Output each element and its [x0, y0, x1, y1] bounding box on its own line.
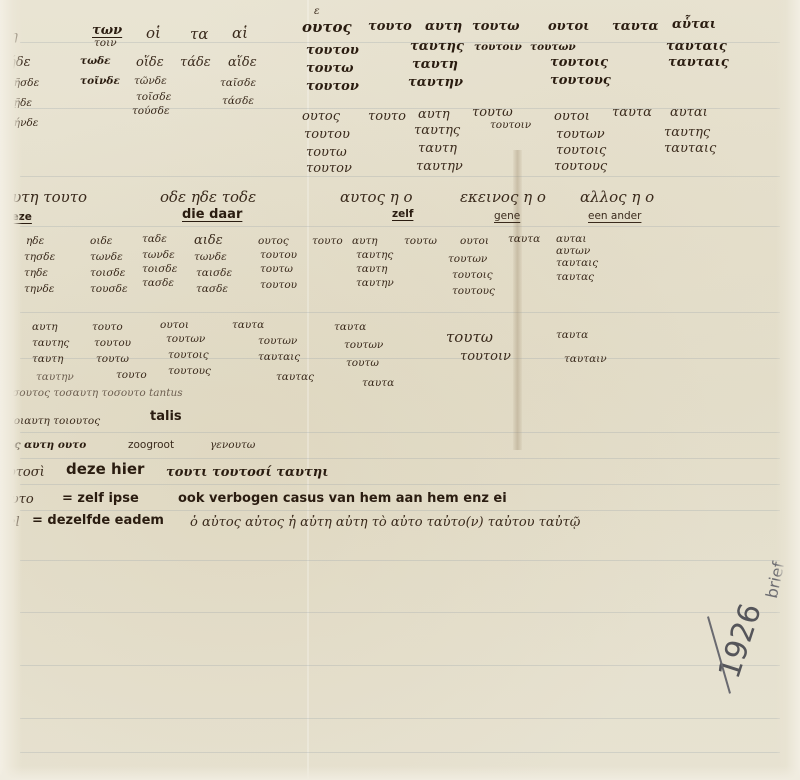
gloss: zelf — [392, 209, 413, 220]
word: ταυτας — [276, 372, 314, 383]
word: τουτοιν — [460, 350, 511, 363]
heading-item: εκεινος η ο — [460, 190, 546, 205]
paper-edge-bottom — [0, 766, 800, 780]
word: τουτου — [304, 128, 350, 141]
word: τουτω — [472, 106, 513, 119]
word: ταυτη — [412, 58, 458, 71]
word: ταδε — [142, 234, 167, 245]
word: ταῖσδε — [220, 78, 256, 89]
word: ουτοι — [554, 110, 590, 123]
word: τουτους — [168, 366, 211, 377]
word: τουτου — [260, 280, 297, 291]
word: ταυτη — [356, 264, 387, 275]
word: αἵδε — [228, 56, 257, 69]
word: ταυταις — [556, 258, 598, 269]
word: ταισδε — [196, 268, 232, 279]
paper-edge-right — [776, 0, 800, 780]
word: τουτω — [346, 358, 379, 369]
ruled-line — [20, 484, 780, 485]
ruled-line — [20, 752, 780, 753]
word: ουτοι — [160, 320, 189, 331]
word: ταυταιν — [564, 354, 607, 365]
word: ταυτης — [410, 40, 464, 53]
word: ουτος — [302, 20, 352, 35]
latin-text: deze hier — [66, 462, 144, 477]
ruled-line — [20, 312, 780, 313]
word: των — [92, 24, 122, 37]
word: τουτοις — [452, 270, 493, 281]
ruled-line — [20, 510, 780, 511]
word: τουτοις — [556, 144, 606, 157]
word: αὗται — [672, 18, 716, 31]
word: αυται — [556, 234, 587, 245]
word: αυτη — [352, 236, 378, 247]
word: τουτοιν — [474, 42, 522, 53]
word: τουτοις — [168, 350, 209, 361]
heading-item: αυτος η ο — [340, 190, 413, 205]
accent-mark: ε — [314, 6, 320, 17]
word: τουτων — [344, 340, 383, 351]
word: αυται — [670, 106, 708, 119]
word: τουτω — [306, 62, 354, 75]
word: ουτος — [258, 236, 289, 247]
word: τουτοιν — [490, 120, 531, 131]
word: τα — [190, 27, 208, 42]
ruled-line — [20, 176, 780, 177]
word: τουτω — [472, 20, 520, 33]
word: τάδε — [180, 56, 211, 69]
word: αιδε — [194, 234, 223, 247]
paper-edge-left — [0, 0, 22, 780]
word: ουτοι — [548, 20, 589, 33]
word: ταυταις — [668, 56, 729, 69]
word: ταυτην — [36, 372, 74, 383]
word: τοῖσδε — [136, 92, 171, 103]
word: τουτους — [554, 160, 607, 173]
ruled-line — [20, 560, 780, 561]
word: τουτων — [556, 128, 605, 141]
word: ταυτα — [556, 330, 588, 341]
word: αυτη — [425, 20, 462, 33]
word: ταυτης — [32, 338, 69, 349]
word: ταυτα — [362, 378, 394, 389]
word: ταυτα — [612, 106, 652, 119]
word: τουτων — [258, 336, 297, 347]
word: ταυτη — [32, 354, 63, 365]
word: ταυτα — [232, 320, 264, 331]
word: οἵδε — [136, 56, 164, 69]
word: τωνδε — [142, 250, 175, 261]
word: ταυταις — [258, 352, 300, 363]
word: τουτου — [94, 338, 131, 349]
greek-text: γενουτω — [210, 440, 255, 451]
word: ταυτην — [416, 160, 463, 173]
ruled-line — [20, 718, 780, 719]
word: τούσδε — [132, 106, 170, 117]
word: ταυτης — [664, 126, 710, 139]
word: αυτη — [418, 108, 450, 121]
latin-text: zoogroot — [128, 440, 174, 451]
word: τασδε — [196, 284, 228, 295]
word: τουτω — [446, 330, 493, 345]
word: τουτω — [96, 354, 129, 365]
word: αἱ — [232, 26, 248, 41]
word: τωνδε — [194, 252, 227, 263]
word: τουτων — [530, 42, 576, 53]
word: τουτων — [448, 254, 487, 265]
gloss: gene — [494, 211, 520, 222]
word: ταυτα — [508, 234, 540, 245]
word: τουτω — [306, 146, 347, 159]
latin-text: talis — [150, 410, 182, 423]
word: αυτη — [32, 322, 58, 333]
word: ταυταις — [664, 142, 716, 155]
latin-text: ook verbogen casus van hem aan hem enz e… — [178, 492, 507, 505]
word: οιδε — [90, 236, 112, 247]
word: τουτοις — [550, 56, 608, 69]
word: τουτον — [306, 80, 359, 93]
word: τουτο — [368, 20, 412, 33]
word: τηνδε — [24, 284, 54, 295]
ruled-line — [20, 458, 780, 459]
word: ταυτης — [414, 124, 460, 137]
word: τουτου — [306, 44, 359, 57]
word: ταυτην — [356, 278, 394, 289]
word: τουτο — [92, 322, 123, 333]
word: τωνδε — [90, 252, 123, 263]
heading-item: αλλος η ο — [580, 190, 654, 205]
word: ταυταις — [666, 40, 727, 53]
word: τοσουτος τοσαυτη τοσουτο tantus — [0, 388, 183, 399]
word: τηδε — [24, 268, 48, 279]
word: τουτο — [312, 236, 343, 247]
word: τουτο — [116, 370, 147, 381]
word: οἱ — [146, 26, 161, 41]
word: τουτον — [306, 162, 352, 175]
word: τουτου — [260, 250, 297, 261]
ruled-line — [20, 432, 780, 433]
word: τασδε — [142, 278, 174, 289]
word: ταυτης — [356, 250, 393, 261]
latin-text: = dezelfde eadem — [32, 514, 164, 527]
word: ταυτα — [334, 322, 366, 333]
ruled-line — [20, 612, 780, 613]
heading-item: οδε ηδε τοδε — [160, 190, 256, 205]
word: ουτος — [302, 110, 340, 123]
word: τουτους — [550, 74, 611, 87]
word: τουτους — [452, 286, 495, 297]
word: τοῖνδε — [80, 76, 120, 87]
word: τουτω — [404, 236, 437, 247]
word: τουτων — [166, 334, 205, 345]
word: τησδε — [24, 252, 55, 263]
word: τωδε — [80, 56, 110, 67]
word: τοιν — [94, 38, 117, 49]
word: ηδε — [26, 236, 44, 247]
word: ταυτας — [556, 272, 594, 283]
word: αυτων — [556, 246, 590, 257]
word: τουτο — [368, 110, 406, 123]
latin-text: = zelf ipse — [62, 492, 139, 505]
word: τῶνδε — [134, 76, 167, 87]
gloss: een ander — [588, 211, 641, 222]
word: ταυτην — [408, 76, 463, 89]
word: τοισδε — [90, 268, 125, 279]
greek-text: τουτι τουτοσί ταυτηι — [166, 466, 329, 479]
gloss: die daar — [182, 208, 242, 221]
word: τοισδε — [142, 264, 177, 275]
word: ταυτη — [418, 142, 457, 155]
ruled-line — [20, 226, 780, 227]
word: ταυτα — [612, 20, 659, 33]
greek-text: ὁ αὐτος αὐτος ἡ αὐτη αὐτη τὸ αὐτο ταὐτο(… — [190, 516, 580, 529]
word: ουτοι — [460, 236, 489, 247]
ruled-line — [20, 665, 780, 666]
ruled-line — [20, 358, 780, 359]
word: τάσδε — [222, 96, 254, 107]
word: τουσδε — [90, 284, 128, 295]
word: τουτω — [260, 264, 293, 275]
